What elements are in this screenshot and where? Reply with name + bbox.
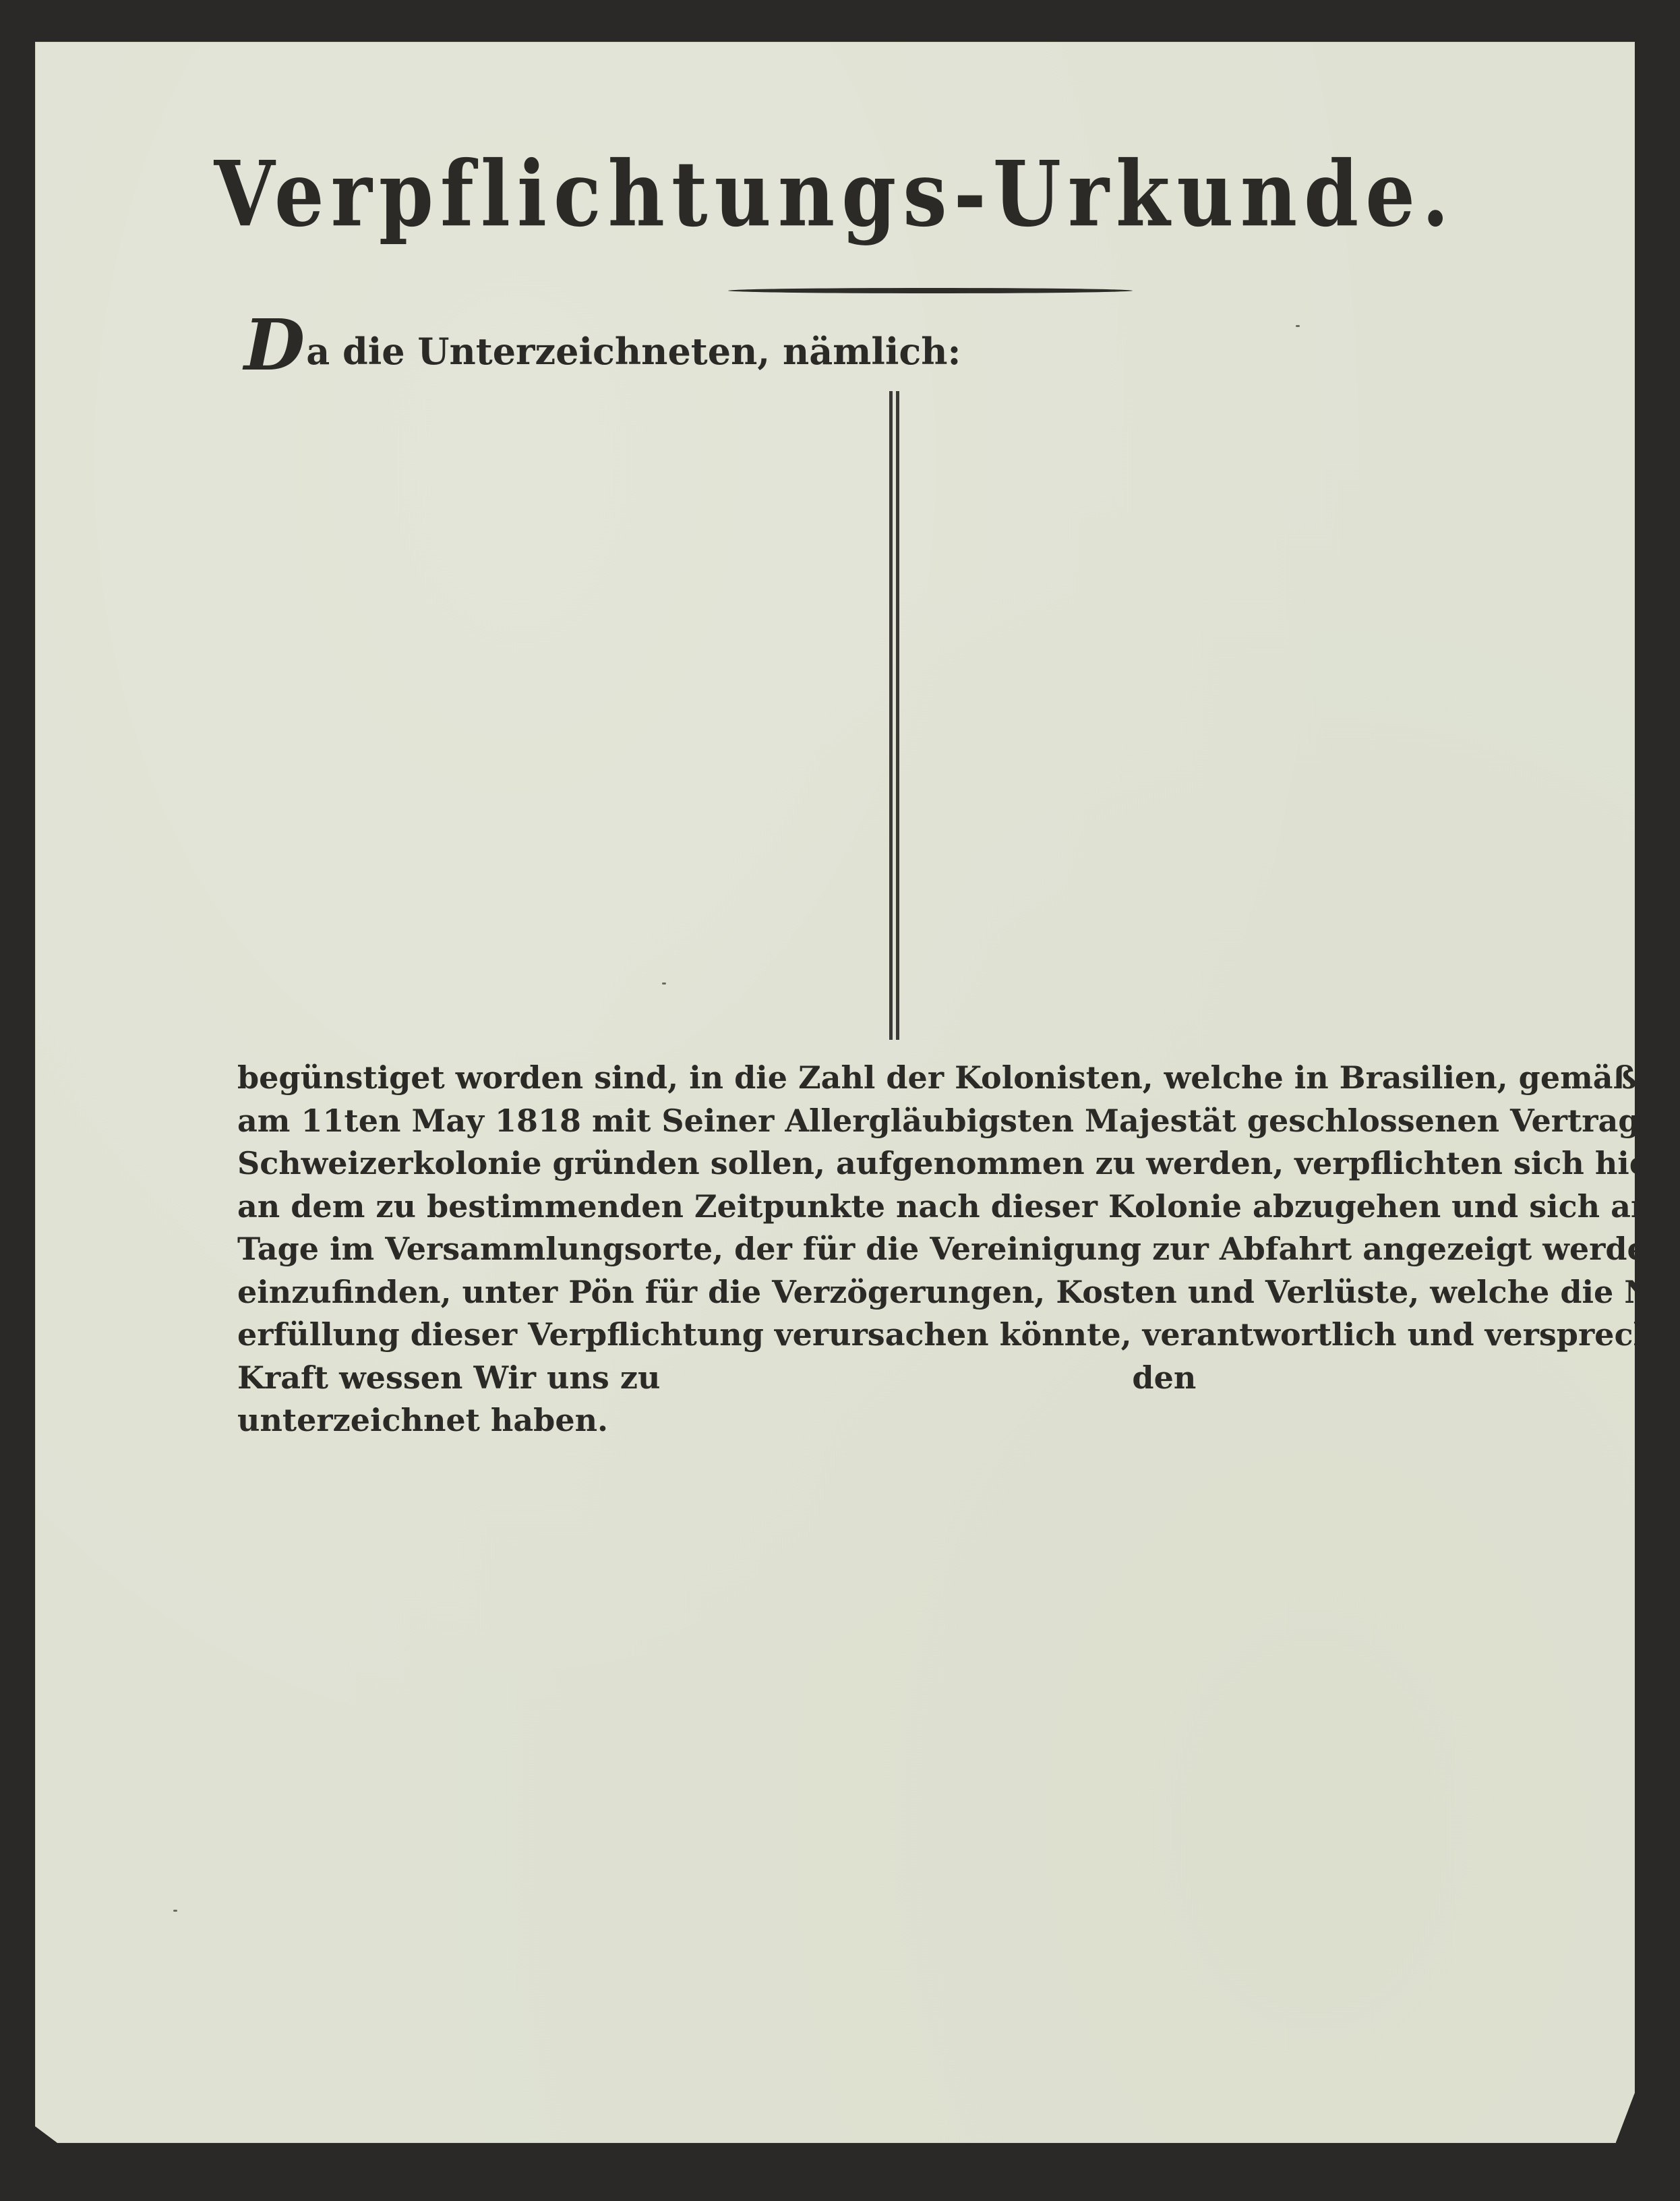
place-blank [660, 1357, 1132, 1400]
body-line: Tage im Versammlungsorte, der für die Ve… [237, 1228, 1559, 1271]
body-line: einzufinden, unter Pön für die Verzögeru… [237, 1271, 1559, 1314]
document-page: Verpflichtungs-Urkunde. Da die Unterzeic… [35, 42, 1635, 2143]
body-line: Schweizerkolonie gründen sollen, aufgeno… [237, 1142, 1559, 1185]
paper-speck [1296, 325, 1300, 327]
document-title: Verpflichtungs-Urkunde. [35, 142, 1635, 247]
body-line: am 11ten May 1818 mit Seiner Allergläubi… [237, 1100, 1559, 1143]
body-line: an dem zu bestimmenden Zeitpunkte nach d… [237, 1185, 1559, 1229]
intro-text: a die Unterzeichneten, nämlich: [306, 330, 961, 373]
signature-area-divider-right [896, 391, 899, 1040]
closing-text-date: den [1132, 1357, 1196, 1400]
body-line-text: begünstiget worden sind, in die Zahl der… [237, 1057, 1680, 1100]
body-line-text: Schweizerkolonie gründen sollen, aufgeno… [237, 1142, 1680, 1185]
closing-line-2: unterzeichnet haben. [237, 1399, 1559, 1442]
closing-text-place: Kraft wessen Wir uns zu [237, 1357, 660, 1400]
body-line-text: an dem zu bestimmenden Zeitpunkte nach d… [237, 1185, 1680, 1229]
body-line-text: Tage im Versammlungsorte, der für die Ve… [237, 1228, 1680, 1271]
intro-line: Da die Unterzeichneten, nämlich: [244, 303, 961, 386]
body-line-text: am 11ten May 1818 mit Seiner Allergläubi… [237, 1100, 1680, 1143]
closing-text-signed: unterzeichnet haben. [237, 1399, 608, 1442]
body-line-text: einzufinden, unter Pön für die Verzögeru… [237, 1271, 1680, 1314]
body-line-text: erfüllung dieser Verpflichtung verursach… [237, 1314, 1680, 1357]
drop-cap: D [244, 303, 305, 386]
closing-line: Kraft wessen Wir uns zu den [237, 1357, 1559, 1400]
title-underline-ornament [728, 288, 1133, 293]
body-line: begünstiget worden sind, in die Zahl der… [237, 1057, 1559, 1100]
obligation-paragraph: begünstiget worden sind, in die Zahl der… [237, 1057, 1559, 1442]
signature-area-divider-left [889, 391, 893, 1040]
paper-speck [662, 982, 666, 985]
body-line: erfüllung dieser Verpflichtung verursach… [237, 1314, 1559, 1357]
paper-speck [173, 1910, 177, 1912]
